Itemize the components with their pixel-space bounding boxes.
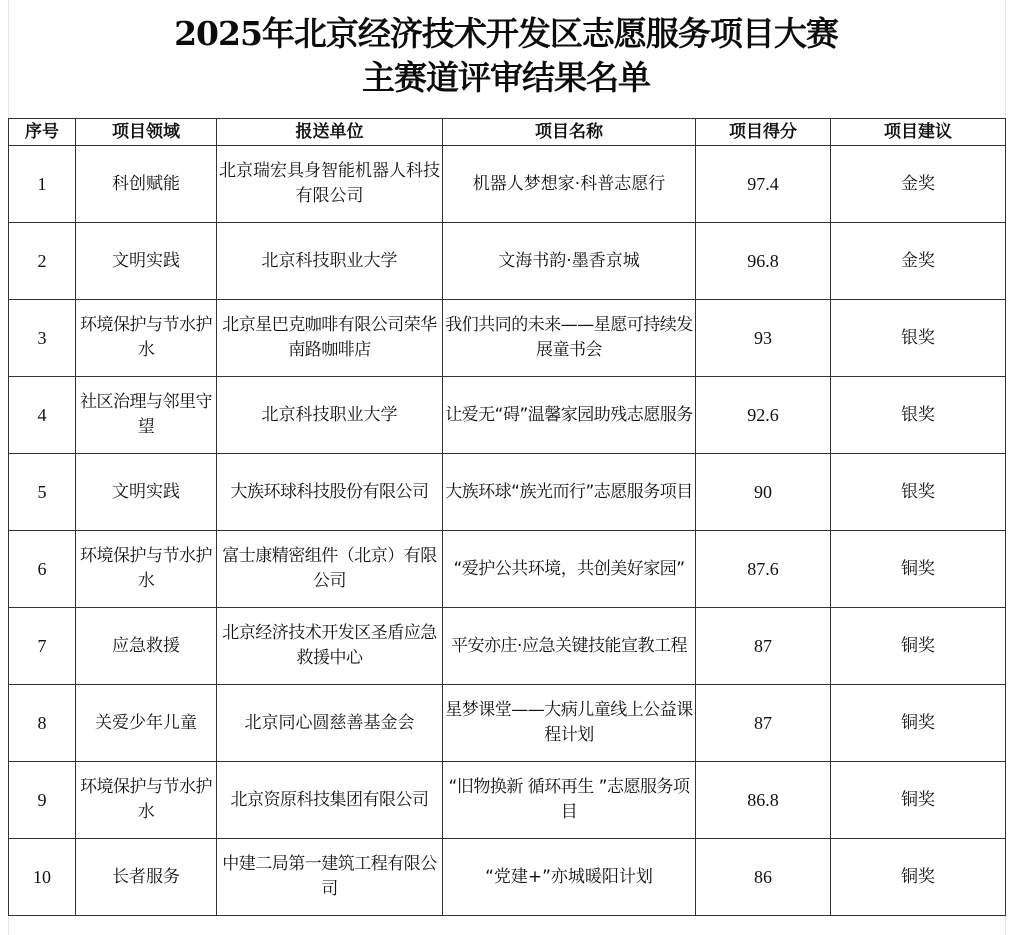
cell-field: 关爱少年儿童 [76, 685, 217, 762]
cell-award: 铜奖 [831, 531, 1006, 608]
cell-project: “旧物换新 循环再生 ”志愿服务项目 [443, 762, 696, 839]
cell-unit: 大族环球科技股份有限公司 [217, 454, 443, 531]
cell-score: 87 [696, 685, 831, 762]
cell-no: 9 [9, 762, 76, 839]
table-row: 3 环境保护与节水护水 北京星巴克咖啡有限公司荣华南路咖啡店 我们共同的未来——… [9, 300, 1006, 377]
cell-unit: 北京经济技术开发区圣盾应急救援中心 [217, 608, 443, 685]
cell-score: 93 [696, 300, 831, 377]
table-row: 8 关爱少年儿童 北京同心圆慈善基金会 星梦课堂——大病儿童线上公益课程计划 8… [9, 685, 1006, 762]
header-field: 项目领域 [76, 119, 217, 146]
cell-no: 6 [9, 531, 76, 608]
cell-project: 大族环球“族光而行”志愿服务项目 [443, 454, 696, 531]
cell-award: 铜奖 [831, 762, 1006, 839]
cell-score: 92.6 [696, 377, 831, 454]
table-row: 9 环境保护与节水护水 北京资原科技集团有限公司 “旧物换新 循环再生 ”志愿服… [9, 762, 1006, 839]
cell-award: 金奖 [831, 146, 1006, 223]
cell-unit: 北京同心圆慈善基金会 [217, 685, 443, 762]
cell-project: “爱护公共环境，共创美好家园” [443, 531, 696, 608]
cell-field: 长者服务 [76, 839, 217, 916]
table-row: 4 社区治理与邻里守望 北京科技职业大学 让爱无“碍”温馨家园助残志愿服务 92… [9, 377, 1006, 454]
cell-no: 3 [9, 300, 76, 377]
cell-no: 5 [9, 454, 76, 531]
cell-unit: 中建二局第一建筑工程有限公司 [217, 839, 443, 916]
cell-project: “党建+”亦城暖阳计划 [443, 839, 696, 916]
table-row: 6 环境保护与节水护水 富士康精密组件（北京）有限公司 “爱护公共环境，共创美好… [9, 531, 1006, 608]
cell-unit: 北京科技职业大学 [217, 223, 443, 300]
cell-unit: 北京科技职业大学 [217, 377, 443, 454]
header-no: 序号 [9, 119, 76, 146]
cell-field: 环境保护与节水护水 [76, 531, 217, 608]
cell-field: 科创赋能 [76, 146, 217, 223]
cell-no: 4 [9, 377, 76, 454]
cell-project: 我们共同的未来——星愿可持续发展童书会 [443, 300, 696, 377]
cell-unit: 北京星巴克咖啡有限公司荣华南路咖啡店 [217, 300, 443, 377]
cell-unit: 北京瑞宏具身智能机器人科技有限公司 [217, 146, 443, 223]
cell-score: 86 [696, 839, 831, 916]
header-unit: 报送单位 [217, 119, 443, 146]
cell-no: 2 [9, 223, 76, 300]
table-row: 1 科创赋能 北京瑞宏具身智能机器人科技有限公司 机器人梦想家·科普志愿行 97… [9, 146, 1006, 223]
header-project: 项目名称 [443, 119, 696, 146]
cell-award: 银奖 [831, 300, 1006, 377]
results-table: 序号 项目领域 报送单位 项目名称 项目得分 项目建议 1 科创赋能 北京瑞宏具… [8, 118, 1006, 916]
cell-score: 86.8 [696, 762, 831, 839]
cell-field: 社区治理与邻里守望 [76, 377, 217, 454]
cell-field: 文明实践 [76, 454, 217, 531]
cell-field: 环境保护与节水护水 [76, 300, 217, 377]
cell-award: 金奖 [831, 223, 1006, 300]
header-award: 项目建议 [831, 119, 1006, 146]
cell-award: 银奖 [831, 454, 1006, 531]
cell-field: 环境保护与节水护水 [76, 762, 217, 839]
cell-no: 10 [9, 839, 76, 916]
cell-unit: 北京资原科技集团有限公司 [217, 762, 443, 839]
cell-project: 平安亦庄·应急关键技能宣教工程 [443, 608, 696, 685]
cell-score: 87.6 [696, 531, 831, 608]
cell-no: 1 [9, 146, 76, 223]
cell-award: 银奖 [831, 377, 1006, 454]
cell-project: 文海书韵·墨香京城 [443, 223, 696, 300]
cell-score: 87 [696, 608, 831, 685]
cell-no: 7 [9, 608, 76, 685]
title-line-2: 主赛道评审结果名单 [0, 56, 1012, 100]
cell-score: 90 [696, 454, 831, 531]
cell-field: 应急救援 [76, 608, 217, 685]
table-row: 10 长者服务 中建二局第一建筑工程有限公司 “党建+”亦城暖阳计划 86 铜奖 [9, 839, 1006, 916]
cell-project: 星梦课堂——大病儿童线上公益课程计划 [443, 685, 696, 762]
table-row: 2 文明实践 北京科技职业大学 文海书韵·墨香京城 96.8 金奖 [9, 223, 1006, 300]
cell-project: 机器人梦想家·科普志愿行 [443, 146, 696, 223]
cell-award: 铜奖 [831, 608, 1006, 685]
cell-award: 铜奖 [831, 685, 1006, 762]
table-row: 7 应急救援 北京经济技术开发区圣盾应急救援中心 平安亦庄·应急关键技能宣教工程… [9, 608, 1006, 685]
document-title: 2025年北京经济技术开发区志愿服务项目大赛 主赛道评审结果名单 [0, 12, 1012, 100]
cell-unit: 富士康精密组件（北京）有限公司 [217, 531, 443, 608]
cell-score: 97.4 [696, 146, 831, 223]
table-row: 5 文明实践 大族环球科技股份有限公司 大族环球“族光而行”志愿服务项目 90 … [9, 454, 1006, 531]
cell-no: 8 [9, 685, 76, 762]
cell-award: 铜奖 [831, 839, 1006, 916]
cell-score: 96.8 [696, 223, 831, 300]
cell-field: 文明实践 [76, 223, 217, 300]
table-header-row: 序号 项目领域 报送单位 项目名称 项目得分 项目建议 [9, 119, 1006, 146]
cell-project: 让爱无“碍”温馨家园助残志愿服务 [443, 377, 696, 454]
title-line-1: 2025年北京经济技术开发区志愿服务项目大赛 [0, 12, 1012, 56]
header-score: 项目得分 [696, 119, 831, 146]
